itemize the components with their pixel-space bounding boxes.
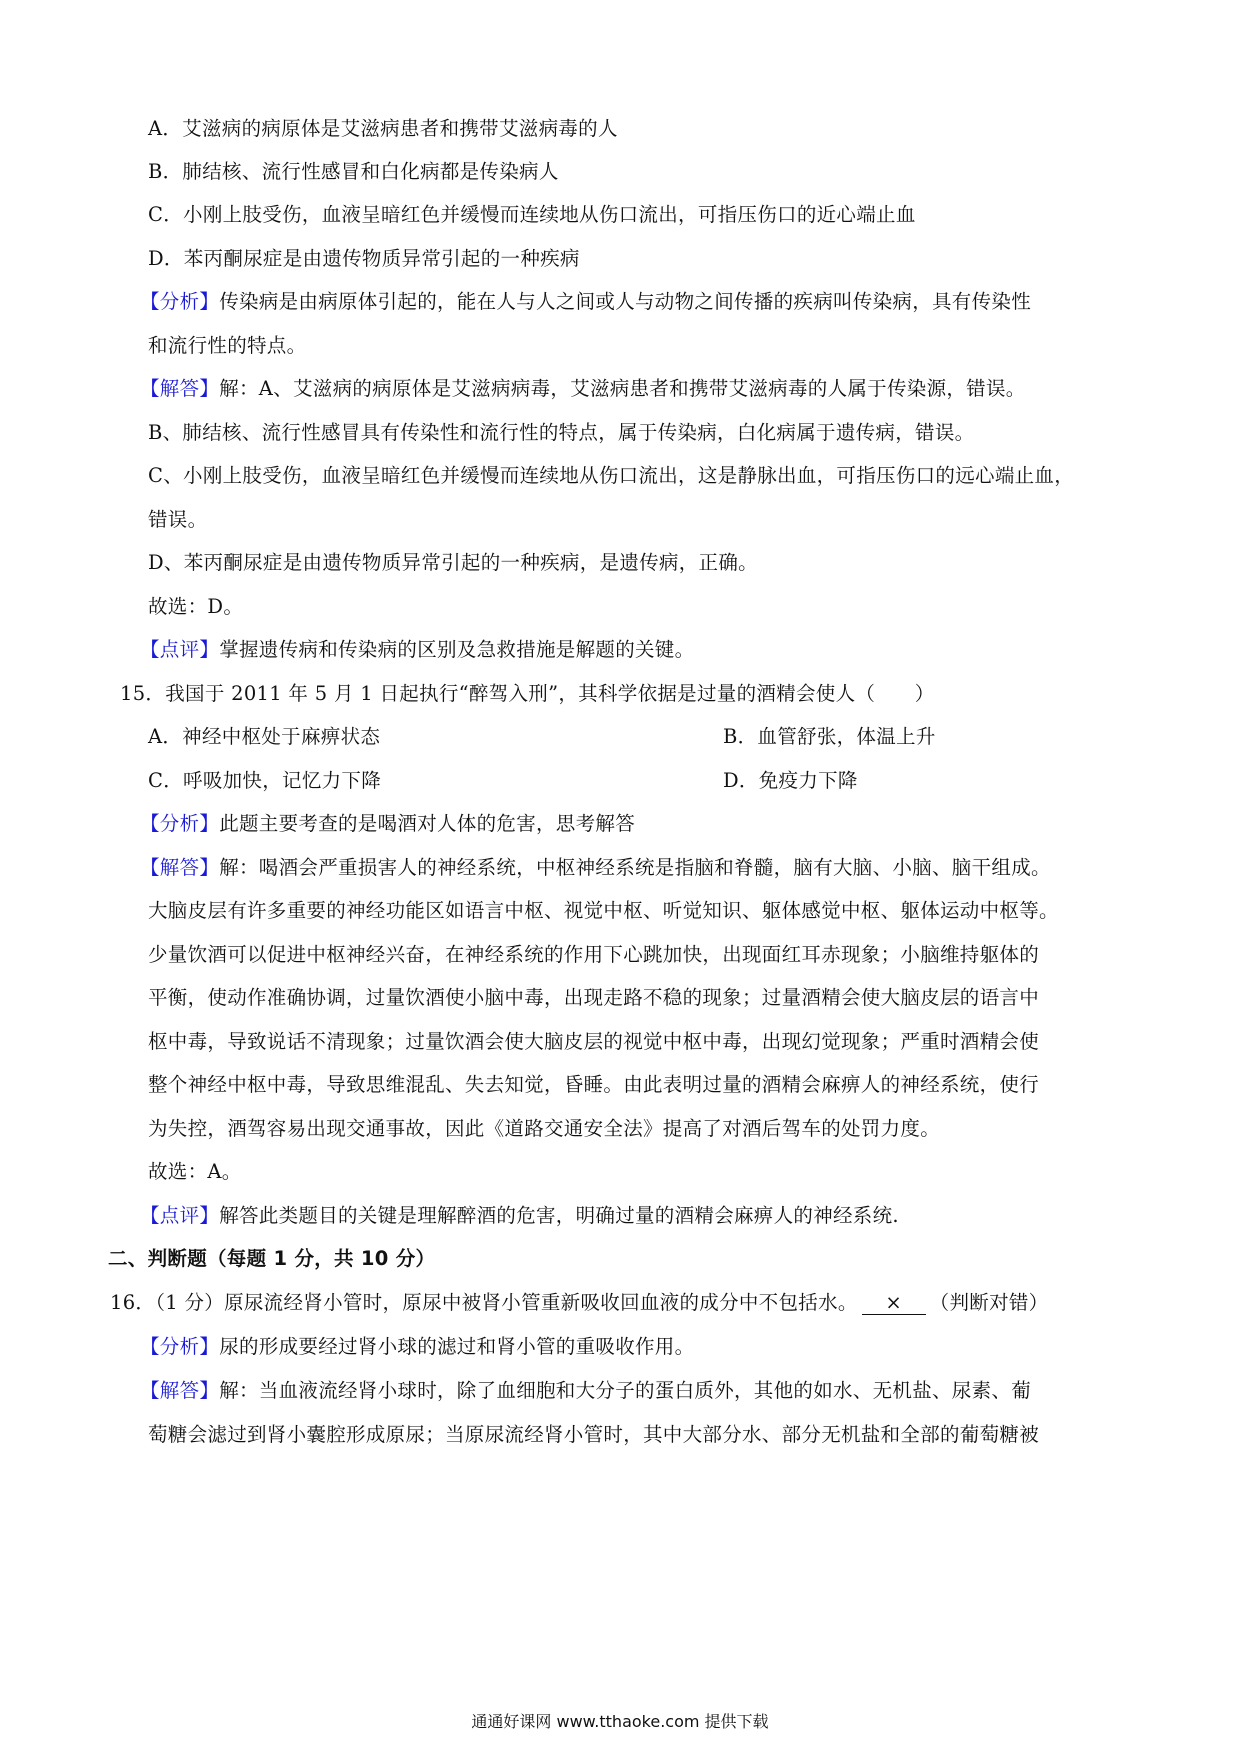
page-footer: 通通好课网 www.tthaoke.com 提供下载 bbox=[0, 1709, 1240, 1732]
q16-stem-text: 16．（1 分）原尿流经肾小管时，原尿中被肾小管重新吸收回血液的成分中不包括水。 bbox=[110, 1291, 858, 1314]
comment-text: 解答此类题目的关键是理解醉酒的危害，明确过量的酒精会麻痹人的神经系统. bbox=[219, 1204, 899, 1227]
answer-text: 解：当血液流经肾小球时，除了血细胞和大分子的蛋白质外，其他的如水、无机盐、尿素、… bbox=[219, 1379, 1031, 1402]
q15-option-b: B．血管舒张，体温上升 bbox=[723, 724, 936, 750]
q14-analysis-cont: 和流行性的特点。 bbox=[148, 333, 306, 359]
q14-option-c: C．小刚上肢受伤，血液呈暗红色并缓慢而连续地从伤口流出，可指压伤口的近心端止血 bbox=[148, 202, 916, 228]
q14-option-d: D．苯丙酮尿症是由遗传物质异常引起的一种疾病 bbox=[148, 246, 580, 272]
q15-answer-line: 为失控，酒驾容易出现交通事故，因此《道路交通安全法》提高了对酒后驾车的处罚力度。 bbox=[148, 1116, 940, 1142]
q14-answer-line3: C、小刚上肢受伤，血液呈暗红色并缓慢而连续地从伤口流出，这是静脉出血，可指压伤口… bbox=[148, 463, 1074, 489]
q15-choice: 故选：A。 bbox=[148, 1159, 242, 1185]
q15-options-row1: A．神经中枢处于麻痹状态 B．血管舒张，体温上升 bbox=[148, 724, 380, 750]
q15-analysis: 【分析】此题主要考查的是喝酒对人体的危害，思考解答 bbox=[140, 811, 635, 837]
q14-answer-line5: D、苯丙酮尿症是由遗传物质异常引起的一种疾病，是遗传病，正确。 bbox=[148, 550, 758, 576]
q14-comment: 【点评】掌握遗传病和传染病的区别及急救措施是解题的关键。 bbox=[140, 637, 694, 663]
answer-tag: 【解答】 bbox=[140, 856, 219, 879]
q14-option-a: A．艾滋病的病原体是艾滋病患者和携带艾滋病毒的人 bbox=[148, 116, 618, 142]
section-heading: 二、判断题（每题 1 分，共 10 分） bbox=[108, 1246, 435, 1272]
q14-answer-line4: 错误。 bbox=[148, 507, 207, 533]
analysis-tag: 【分析】 bbox=[140, 1335, 219, 1358]
q16-stem-suffix: （判断对错） bbox=[930, 1291, 1049, 1314]
answer-blank: × bbox=[862, 1292, 926, 1315]
q14-answer-line2: B、肺结核、流行性感冒具有传染性和流行性的特点，属于传染病，白化病属于遗传病，错… bbox=[148, 420, 974, 446]
q15-stem: 15．我国于 2011 年 5 月 1 日起执行“醉驾入刑”，其科学依据是过量的… bbox=[120, 681, 935, 707]
answer-tag: 【解答】 bbox=[140, 377, 219, 400]
comment-text: 掌握遗传病和传染病的区别及急救措施是解题的关键。 bbox=[219, 638, 694, 661]
answer-text: 解：A、艾滋病的病原体是艾滋病病毒，艾滋病患者和携带艾滋病毒的人属于传染源，错误… bbox=[219, 377, 1025, 400]
comment-tag: 【点评】 bbox=[140, 638, 219, 661]
q15-option-a: A．神经中枢处于麻痹状态 bbox=[148, 725, 380, 748]
q15-option-c: C．呼吸加快，记忆力下降 bbox=[148, 769, 381, 792]
q15-answer-line: 整个神经中枢中毒，导致思维混乱、失去知觉，昏睡。由此表明过量的酒精会麻痹人的神经… bbox=[148, 1072, 1039, 1098]
q14-answer: 【解答】解：A、艾滋病的病原体是艾滋病病毒，艾滋病患者和携带艾滋病毒的人属于传染… bbox=[140, 376, 1026, 402]
comment-tag: 【点评】 bbox=[140, 1204, 219, 1227]
q16-answer: 【解答】解：当血液流经肾小球时，除了血细胞和大分子的蛋白质外，其他的如水、无机盐… bbox=[140, 1378, 1031, 1404]
q14-option-b: B．肺结核、流行性感冒和白化病都是传染病人 bbox=[148, 159, 559, 185]
q15-answer-line: 大脑皮层有许多重要的神经功能区如语言中枢、视觉中枢、听觉知识、躯体感觉中枢、躯体… bbox=[148, 898, 1059, 924]
q15-answer-line: 枢中毒，导致说话不清现象；过量饮酒会使大脑皮层的视觉中枢中毒，出现幻觉现象；严重… bbox=[148, 1029, 1039, 1055]
analysis-text: 此题主要考查的是喝酒对人体的危害，思考解答 bbox=[219, 812, 635, 835]
q16-stem: 16．（1 分）原尿流经肾小管时，原尿中被肾小管重新吸收回血液的成分中不包括水。… bbox=[110, 1290, 1048, 1316]
q15-answer-line: 少量饮酒可以促进中枢神经兴奋，在神经系统的作用下心跳加快，出现面红耳赤现象；小脑… bbox=[148, 942, 1039, 968]
answer-text: 解：喝酒会严重损害人的神经系统，中枢神经系统是指脑和脊髓，脑有大脑、小脑、脑干组… bbox=[219, 856, 1051, 879]
analysis-text: 传染病是由病原体引起的，能在人与人之间或人与动物之间传播的疾病叫传染病，具有传染… bbox=[219, 290, 1031, 313]
q14-analysis: 【分析】传染病是由病原体引起的，能在人与人之间或人与动物之间传播的疾病叫传染病，… bbox=[140, 289, 1031, 315]
q15-option-d: D．免疫力下降 bbox=[723, 768, 858, 794]
q16-answer-line2: 萄糖会滤过到肾小囊腔形成原尿；当原尿流经肾小管时，其中大部分水、部分无机盐和全部… bbox=[148, 1422, 1039, 1448]
answer-tag: 【解答】 bbox=[140, 1379, 219, 1402]
q15-comment: 【点评】解答此类题目的关键是理解醉酒的危害，明确过量的酒精会麻痹人的神经系统. bbox=[140, 1203, 899, 1229]
analysis-text: 尿的形成要经过肾小球的滤过和肾小管的重吸收作用。 bbox=[219, 1335, 694, 1358]
analysis-tag: 【分析】 bbox=[140, 290, 219, 313]
analysis-tag: 【分析】 bbox=[140, 812, 219, 835]
q15-options-row2: C．呼吸加快，记忆力下降 D．免疫力下降 bbox=[148, 768, 381, 794]
q16-analysis: 【分析】尿的形成要经过肾小球的滤过和肾小管的重吸收作用。 bbox=[140, 1334, 694, 1360]
q15-answer-line: 平衡，使动作准确协调，过量饮酒使小脑中毒，出现走路不稳的现象；过量酒精会使大脑皮… bbox=[148, 985, 1039, 1011]
q14-choice: 故选：D。 bbox=[148, 594, 243, 620]
q15-answer: 【解答】解：喝酒会严重损害人的神经系统，中枢神经系统是指脑和脊髓，脑有大脑、小脑… bbox=[140, 855, 1051, 881]
